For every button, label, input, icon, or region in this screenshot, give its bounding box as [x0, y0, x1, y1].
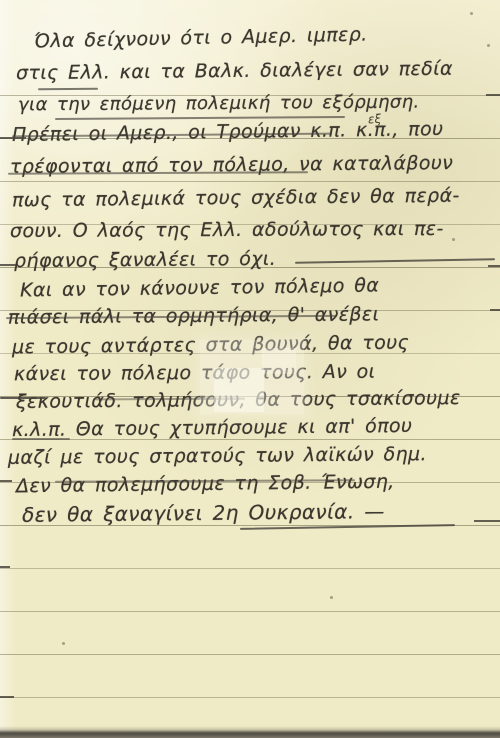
- ink-speck: [487, 44, 490, 47]
- edge-mark: [0, 264, 16, 266]
- handwriting-line: κάνει τον πόλεμο τάφο τους. Αν οι: [14, 361, 376, 386]
- handwriting-line: πως τα πολεμικά τους σχέδια δεν θα περά-: [12, 185, 460, 212]
- handwriting-line: δεν θα ξαναγίνει 2η Ουκρανία. —: [22, 499, 385, 527]
- ruled-line: [0, 697, 500, 698]
- handwriting-line: σουν. Ο λαός της Ελλ. αδούλωτος και πε-: [10, 218, 444, 242]
- ink-speck: [452, 238, 455, 241]
- ruled-line: [0, 611, 500, 612]
- handwriting-line: ρήφανος ξαναλέει το όχι.: [14, 248, 276, 272]
- ink-speck: [330, 596, 333, 599]
- handwriting-line: για την επόμενη πολεμική του εξόρμηση.: [18, 92, 420, 116]
- paper-bottom-edge: [0, 726, 500, 738]
- edge-mark: [0, 566, 10, 568]
- edge-mark: [0, 137, 26, 139]
- ink-speck: [62, 642, 65, 645]
- handwriting-line: ξεκουτιάδ. τολμήσουν, θα τους τσακίσουμε: [16, 387, 461, 413]
- edge-mark: [0, 480, 12, 482]
- ruled-line: [0, 568, 500, 569]
- ruled-line: [0, 181, 500, 182]
- ruled-line: [0, 654, 500, 655]
- pen-stroke: [0, 397, 46, 399]
- handwriting-insertion: εξ: [368, 112, 382, 127]
- pen-stroke: [295, 258, 495, 263]
- edge-mark: [474, 520, 500, 522]
- pen-stroke: [38, 88, 98, 91]
- handwriting-line: κ.λ.π. Θα τους χτυπήσουμε κι απ' όπου: [12, 415, 413, 441]
- handwriting-line: Και αν τον κάνουνε τον πόλεμο θα: [20, 274, 379, 301]
- edge-mark: [0, 696, 14, 698]
- pen-stroke: [12, 438, 70, 440]
- edge-mark: [486, 94, 500, 96]
- handwriting-line: Όλα δείχνουν ότι ο Αμερ. ιμπερ.: [34, 24, 368, 53]
- handwriting-line: Δεν θα πολεμήσουμε τη Σοβ. Ένωση,: [16, 471, 395, 498]
- edge-mark: [490, 309, 500, 311]
- handwriting-line: με τους αντάρτες στα βουνά, θα τους: [12, 332, 409, 359]
- ink-speck: [470, 12, 473, 15]
- handwriting-line: στις Ελλ. και τα Βαλκ. διαλέγει σαν πεδί…: [16, 58, 453, 85]
- handwriting-line: μαζί με τους στρατούς των λαϊκών δημ.: [8, 443, 427, 469]
- edge-mark: [488, 265, 500, 267]
- paper-sheet: Όλα δείχνουν ότι ο Αμερ. ιμπερ.στις Ελλ.…: [0, 0, 500, 738]
